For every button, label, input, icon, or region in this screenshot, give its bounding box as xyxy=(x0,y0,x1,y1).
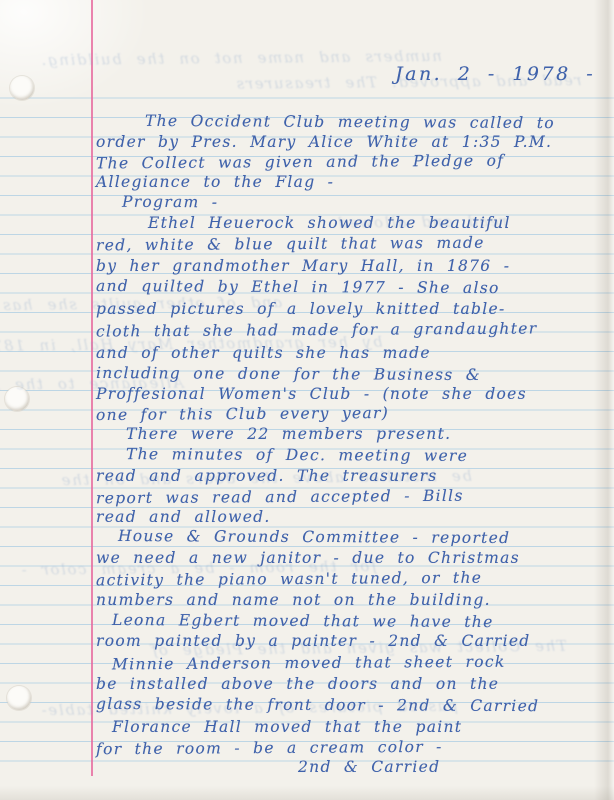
handwritten-line: Leona Egbert moved that we have the xyxy=(112,610,494,632)
handwritten-line: The minutes of Dec. meeting were xyxy=(126,444,468,466)
handwritten-line: activity the piano wasn't tuned, or the xyxy=(96,568,482,591)
handwritten-line: Minnie Anderson moved that sheet rock xyxy=(112,652,506,675)
handwritten-line: including one done for the Business & xyxy=(96,363,481,385)
handwritten-line: cloth that she had made for a grandaught… xyxy=(96,318,538,341)
handwritten-line: by her grandmother Mary Hall, in 1876 - xyxy=(96,256,510,276)
handwritten-line: Florance Hall moved that the paint xyxy=(112,717,462,737)
handwritten-line: read and approved. The treasurers xyxy=(96,466,438,486)
handwritten-line: Proffesional Women's Club - (note she do… xyxy=(96,384,527,404)
handwritten-line: room painted by a painter - 2nd & Carrie… xyxy=(96,631,531,651)
handwritten-line: red, white & blue quilt that was made xyxy=(96,233,485,256)
handwritten-line: There were 22 members present. xyxy=(126,424,451,444)
handwritten-line: The Occident Club meeting was called to xyxy=(145,111,555,133)
handwritten-line: The Collect was given and the Pledge of xyxy=(96,151,504,174)
punch-hole xyxy=(10,76,34,100)
bleed-through-text: numbers and name not on the building. xyxy=(40,46,442,70)
handwritten-line: for the room - be a cream color - xyxy=(96,737,443,759)
handwritten-minutes-page: numbers and name not on the building. re… xyxy=(0,0,614,800)
handwritten-line: glass beside the front door - 2nd & Carr… xyxy=(96,694,539,716)
handwritten-line: Ethel Heuerock showed the beautiful xyxy=(148,213,511,233)
paper-edge-right xyxy=(594,0,614,800)
handwritten-line: be installed above the doors and on the xyxy=(96,674,499,694)
handwritten-line: Program - xyxy=(122,192,218,213)
handwritten-line: House & Grounds Committee - reported xyxy=(118,526,510,548)
handwritten-line: one for this Club every year) xyxy=(96,403,389,425)
date-line: Jan. 2 - 1978 - xyxy=(395,64,595,84)
handwritten-line: 2nd & Carried xyxy=(298,757,440,777)
paper-edge-bottom xyxy=(0,786,614,800)
handwritten-line: passed pictures of a lovely knitted tabl… xyxy=(96,299,506,319)
handwritten-line: Allegiance to the Flag - xyxy=(96,172,334,192)
handwritten-line: and quilted by Ethel in 1977 - She also xyxy=(96,276,500,298)
handwritten-line: and of other quilts she has made xyxy=(96,343,431,363)
handwritten-line: we need a new janitor - due to Christmas xyxy=(96,548,520,568)
handwritten-line: report was read and accepted - Bills xyxy=(96,486,464,509)
punch-hole xyxy=(7,686,31,710)
handwritten-line: numbers and name not on the building. xyxy=(96,590,491,610)
handwritten-line: order by Pres. Mary Alice White at 1:35 … xyxy=(96,132,552,152)
handwritten-line: read and allowed. xyxy=(96,507,271,527)
